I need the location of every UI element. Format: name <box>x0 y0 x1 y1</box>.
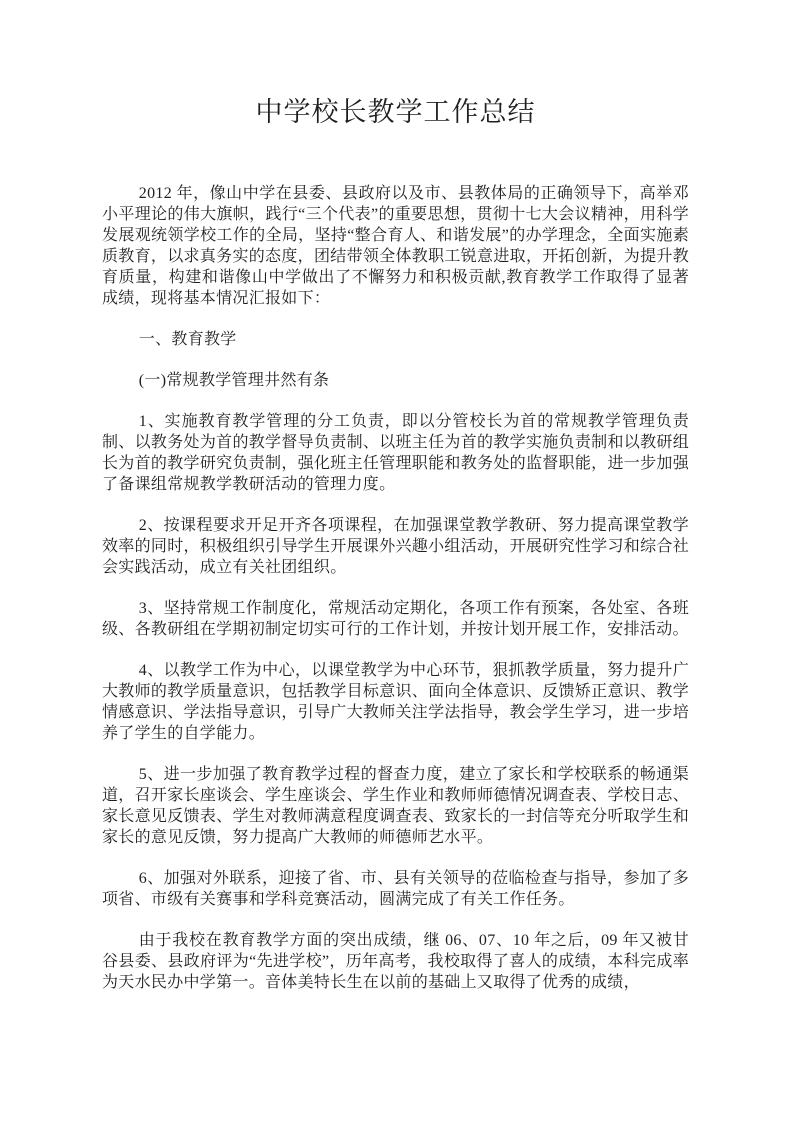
paragraph-item-5: 5、进一步加强了教育教学过程的督查力度，建立了家长和学校联系的畅通渠道，召开家长… <box>102 764 689 848</box>
paragraph-item-6: 6、加强对外联系，迎接了省、市、县有关领导的莅临检查与指导，参加了多项省、市级有… <box>102 868 689 910</box>
paragraph-item-1: 1、实施教育教学管理的分工负责，即以分管校长为首的常规教学管理负责制、以教务处为… <box>102 411 689 495</box>
paragraph-achievements: 由于我校在教育教学方面的突出成绩，继 06、07、10 年之后，09 年又被甘谷… <box>102 930 689 993</box>
paragraph-item-4: 4、以教学工作为中心，以课堂教学为中心环节，狠抓教学质量，努力提升广大教师的教学… <box>102 660 689 744</box>
paragraph-item-2: 2、按课程要求开足开齐各项课程，在加强课堂教学教研、努力提高课堂教学效率的同时，… <box>102 515 689 578</box>
paragraph-intro: 2012 年，像山中学在县委、县政府以及市、县教体局的正确领导下，高举邓小平理论… <box>102 183 689 309</box>
section-heading-1: 一、教育教学 <box>102 329 689 350</box>
document-body: 2012 年，像山中学在县委、县政府以及市、县教体局的正确领导下，高举邓小平理论… <box>102 183 689 993</box>
document-title: 中学校长教学工作总结 <box>102 95 689 129</box>
sub-heading-1-1: (一)常规教学管理井然有条 <box>102 370 689 391</box>
paragraph-item-3: 3、坚持常规工作制度化，常规活动定期化，各项工作有预案，各处室、各班级、各教研组… <box>102 598 689 640</box>
document-page: 中学校长教学工作总结 2012 年，像山中学在县委、县政府以及市、县教体局的正确… <box>0 0 793 1122</box>
